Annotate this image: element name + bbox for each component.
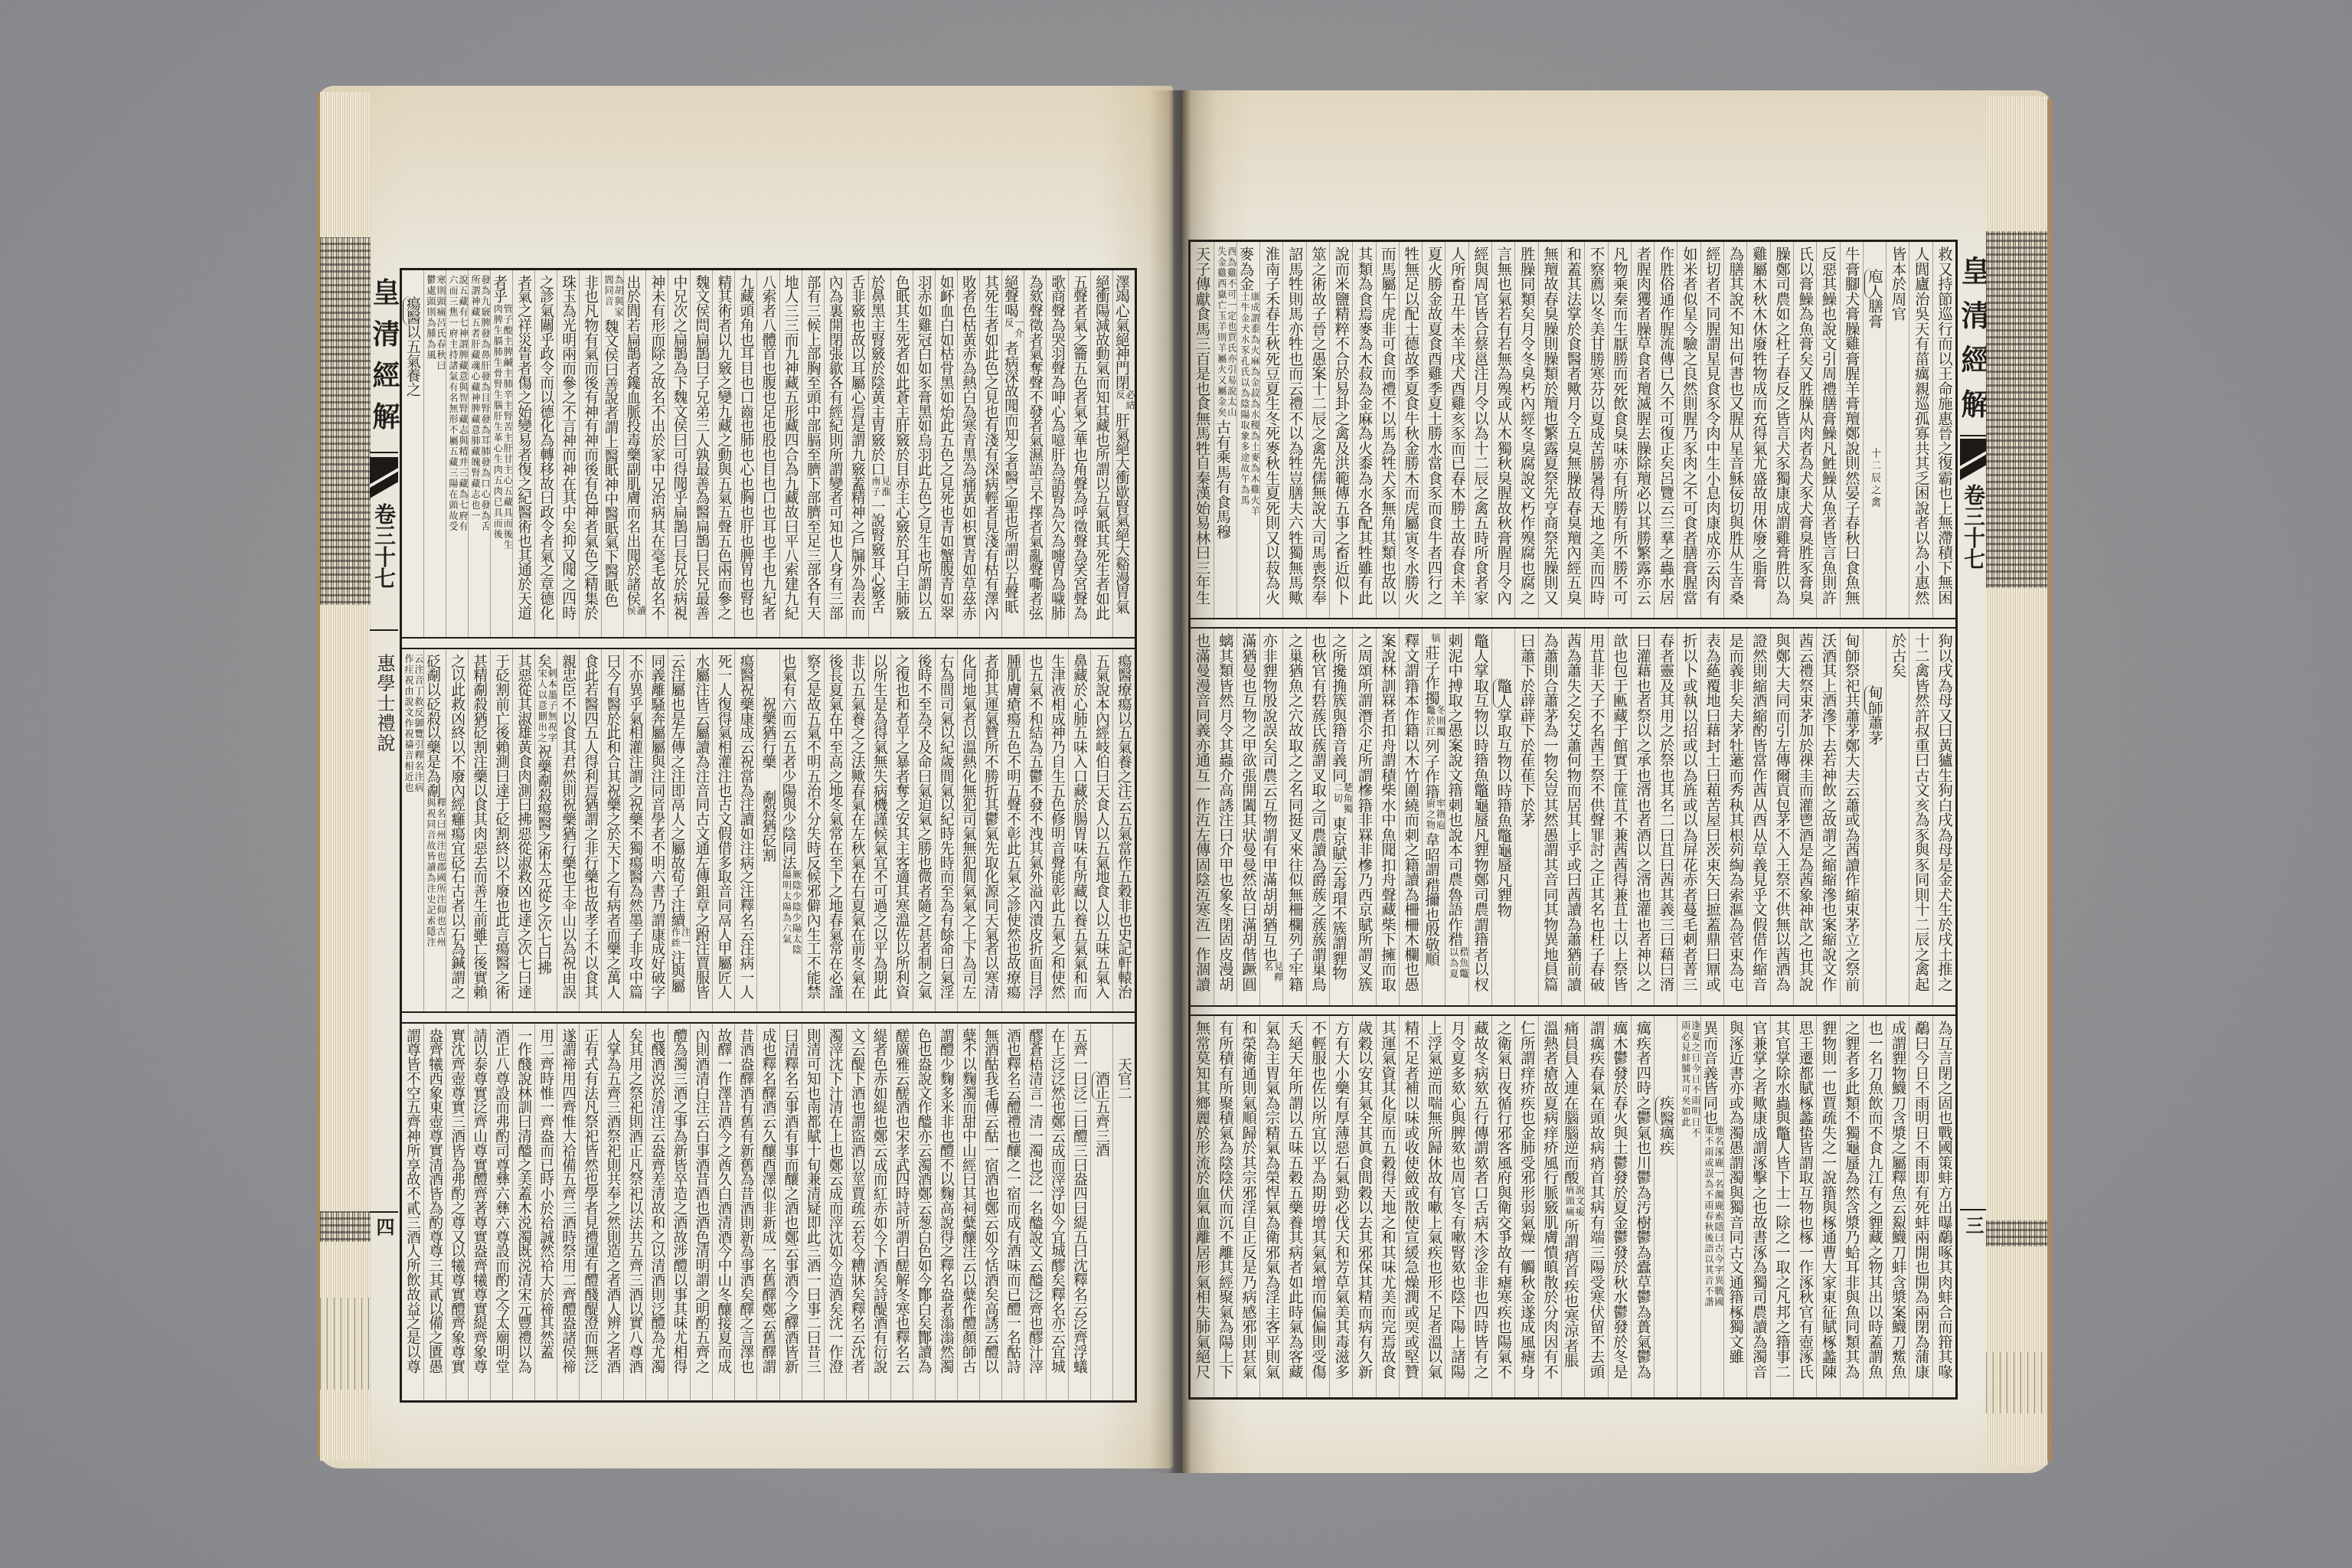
text-column: 同義離騷奔屬屬與注同音學者不明六書乃謂康成好破字 [645, 649, 668, 1011]
interlinear-note: 康成謂黍為火麻為金菽為水稷為土麥為木雞火羊土牛金犬水豕孔氏以為陰陽取象多途故午為… [1240, 292, 1259, 518]
text-column: 雞屬木秋木休廢牲物成而充得氣尤盛故用休廢之脂膏 [1746, 242, 1769, 618]
text-column: 魏文侯問扁鵲曰子兄弟三人孰最善為醫扁鵲曰長兄最善 [690, 270, 712, 637]
column-text: 牛膏腳犬膏臊雞膏腥羊膏羶鄭說則然晏子春秋曰食魚無 [1843, 247, 1860, 605]
text-column: 矣剌本墨子無祝字宋人以意刪出之祝藥劀殺瘍醫之術太元從之次七曰拂 [534, 649, 557, 1011]
text-column: 表為蕝覆地曰藉封土曰蒩苦屋曰茨束矢曰摭蓋鼎曰鼏或 [1700, 629, 1723, 1005]
text-column: 右為間司氣以紀歲間氣以紀時先時而至為有餘命曰氣淫 [935, 649, 957, 1011]
text-column: 而馬屬午虎非可食而禮不以馬為牲犬豕無角其類也故以 [1376, 242, 1399, 618]
text-column: 砭劀以砭殺以藥是為劀釋名曰州注也郡國所注仰也古州與祝同音故皆讀為注史記索隱注 [423, 649, 446, 1011]
column-text: 人所畜丑牛未羊戌犬酉雞亥豕而已春木勝土故春食未羊 [1449, 247, 1466, 605]
text-column: 如衃血白如枯骨黑如炲此五色之見死也青如蟹腹青如翠 [935, 270, 957, 637]
text-column: 用二齊時惟一齊盎而已時小於祫誠然祫大於禘其然蓋 [534, 1024, 557, 1400]
bracketed-office-title: 鼈人 [1493, 678, 1512, 708]
bracketed-office-title: 瘍醫 [403, 296, 420, 325]
text-column: 夭絕天年所謂以五味五穀五藥養其病者如此時氣為客藏 [1282, 1016, 1305, 1397]
column-text: 澤竭心氣絕神門閉 [1113, 275, 1129, 390]
text-column: 澤竭心氣絕神門閉必結反肝氣絕大衝歇腎氣絕大谿漫胃氣 [1112, 270, 1135, 637]
column-text: 救又持節巡行而以王命施惠晉之復霸也上無滯積下無困 [1935, 247, 1953, 605]
text-column: 醪蒼梧清言一清一濁也泛一名醠說文云醠泛齊也醪汁滓 [1024, 1024, 1046, 1400]
column-text: 實沈齊壺尊實三酒皆為弗酌之尊又以犧尊實醴齊象尊實 [449, 1028, 465, 1374]
column-text: 月令夏多欬心與脾欬也周官冬有嗽腎欬也陰下陽上諸陽 [1449, 1021, 1466, 1379]
column-text: 螭其類皆然月令其蟲介高誘注曰介甲也象冬閉固皮漫胡 [1217, 633, 1234, 991]
column-text: 膳膏 [1866, 299, 1883, 328]
column-text: 表為蕝覆地曰藉封土曰蒩苦屋曰茨束矢曰摭蓋鼎曰鼏或 [1704, 633, 1721, 991]
text-column: 上浮氣逆而喘無所歸休故有嗽上氣疾也形不足者溫以氣 [1422, 1016, 1445, 1397]
column-text: 為互言閉之固也戰國策蚌方出曝鷸啄其肉蚌合而箝其喙 [1935, 1021, 1953, 1379]
column-text: 成謂貍物鱴刀含漿之屬釋魚云鮤鱴刀蚌含漿案鱴刀鮆魚 [1889, 1021, 1906, 1379]
column-text: 者抑其運氣贊所不勝折其鬱氣先取化源同天氣者以寒清 [982, 654, 998, 999]
column-text: 貍物則一也賈疏失之一說簎與椓通曹大家東征賦椓蠡陳 [1820, 1021, 1837, 1379]
column-text: 詔馬牲則馬亦牲也而云禮不以為牲豈膳夫六牲獨無馬歟 [1286, 247, 1304, 605]
text-column: 之復也和者平之暴者奪之安其主客適其寒溫佐以所利資 [890, 649, 913, 1011]
column-text: 作胜俗通作腥流傳已久不可復正矣呂覽云三羣之蟲水居 [1657, 247, 1674, 605]
text-column: 濁滓沈下汁清在上也鄭云成而滓沈如今造酒矣沈一作澄 [824, 1024, 846, 1400]
text-column: 無酒酤我毛傳云酤一宿酒也鄭云如今恬酒矣高誘云醴以 [979, 1024, 1001, 1400]
register-middle: 狗以戌為母又曰黃獹生狗白戌為母是金犬生於戌土推之十二禽皆然許叔重曰古文亥為豕與豕… [1191, 629, 1955, 1005]
column-text: 痛員員入連在腦腦逆而酸 [1562, 1021, 1579, 1185]
text-column: 鼻藏於心肺五味入口藏於腸胃味有所藏以養五氣氣和而 [1068, 649, 1090, 1011]
text-column: 神未有形而除之故名不出於家中兄治病其在毫毛故名不 [645, 270, 668, 637]
text-column: 謂醴少麴多米非也醴不以麴高說得之釋名盎者滃滃然濁 [935, 1024, 957, 1400]
column-text: 精其術者以九竅之變九藏之動與五氣五聲五色兩而參之 [715, 275, 731, 620]
column-text: 之衛氣日夜循行邪客風府與衛交爭故有瘧寒疾也陽氣不 [1494, 1021, 1512, 1379]
text-column: 死一人復得氣相灌注也古文假借多取音同鬲人甲屬匠人 [712, 649, 734, 1011]
column-text: 淮南子禾春生秋死豆夏生冬死麥秋生夏死則又以菽為火 [1263, 247, 1280, 605]
bracketed-office-title: 庖人 [1864, 269, 1883, 299]
column-text: 和榮衛通則氣順歸於其宗邪淫自正反是乃病感邪則甚氣 [1240, 1021, 1257, 1379]
interlinear-note: 矠魚鼈以為夏 [1449, 947, 1468, 981]
text-column: 歆也包于匭藏于館實于篚苴不兼莤莤得兼苴士以上祭皆 [1608, 629, 1631, 1005]
interlinear-note: 釋名曰州注也郡國所注仰也古州與祝同音故皆讀為注史記索隱注 [426, 798, 446, 949]
column-text: 之診氣關乎政令而以德化為轉移故曰政令者氣之章德化 [537, 275, 554, 620]
juan-number: 卷三十七 [370, 503, 398, 589]
text-column: 如米者似星今驗之良然則腥乃豕肉之不可食者膳膏腥當 [1677, 242, 1700, 618]
text-column: 胜臊同類矣月令冬臭朽內經冬臭腐說文朽作殠腐也腐之 [1514, 242, 1537, 618]
column-text: 莤云禮祭束茅加於祼圭而灌鬯酒是為莤象神歆之也其說 [1796, 633, 1814, 991]
text-column: 也一名刀魚飲而不食九江有之貍藏之物其出以時蓋謂魚 [1863, 1016, 1886, 1397]
text-column: 與涿近書亦或為濁愚謂濁與獨音同古文通簎椓獨文雖 [1723, 1016, 1746, 1397]
column-text: 祝藥猶行藥 [760, 697, 776, 769]
register-divider [1191, 618, 1955, 629]
column-text: 其運氣資其化原而五穀得天地之和其味尤美而完焉故食 [1379, 1021, 1396, 1379]
column-text: 色也盎說文作醠亦云濁酒鄭云葱白色如今酇白矣酇讀為 [916, 1028, 932, 1374]
text-column: 緹者色赤如緹也鄭云成而紅赤如今下酒矣詩醍酒有衍說 [868, 1024, 890, 1400]
text-column: 鼈人掌取互物以時簎魚鼈龜蜃凡貍物鄭司農謂簎者以杈 [1468, 629, 1491, 1005]
text-column: 之以此救凶終以不廢內經癰瘍宜砭石古者以石為鍼謂之 [446, 649, 468, 1011]
column-text: 夏火勝金故夏食酉雞季夏土勝水當食豕而食牛者四行之 [1425, 247, 1442, 605]
rule-line [370, 629, 398, 631]
column-text: 其死生者如此色之見也有淺有深病輕者見淺有枯有澤內 [982, 275, 998, 620]
column-text: 莤為蕭失之矣艾蕭何物而居其上乎或曰莤讀為蕭猶前讀 [1564, 633, 1582, 991]
text-column: 者抑其運氣贊所不勝折其鬱氣先取化源同天氣者以寒清 [979, 649, 1001, 1011]
bracketed-office-title: 疾醫 [1655, 1096, 1674, 1125]
text-column: 其類為食焉麥為木菽為金麻為火黍為水各配其牲雖有此 [1352, 242, 1375, 618]
column-text: 察之是故五氣不明五治不分失時反候邪僻內生工不能禁 [805, 654, 821, 999]
column-text: 列子作簎 [1423, 739, 1440, 799]
column-text: 也秋官有硩蔟氏蔟謂叉取之司農讀為爵蔟之蔟蔟謂巢鳥 [1309, 633, 1327, 991]
text-column: 癘木鬱發於春火與土鬱發於夏金鬱發於秋水鬱發於冬是 [1608, 1016, 1631, 1397]
text-column: 內為裏開閉張歙各有經紀則所謂變者可知也人身有三部 [824, 270, 846, 637]
column-text: 用二齊時惟一齊盎而已時小於祫誠然祫大於禘其然蓋 [537, 1028, 554, 1359]
text-column: 者乎管子酸主脾鹹主肺辛主腎苦主肝甘主心五藏具而後生肉脾生膈肺生骨腎生腦肝生革心生… [490, 270, 512, 637]
column-text: 醪蒼梧清言一清一濁也泛一名醠說文云醠泛齊也醪汁滓 [1027, 1028, 1043, 1374]
section-heading-column: 瘍醫以五氣養之 [402, 270, 423, 637]
text-column: 瘍醫療瘍以五氣養之注云五氣當作五穀非也史記軒轅治 [1112, 649, 1135, 1011]
column-text: 方有大小藥有厚薄惡石氣勁必伐天和芳草氣美其毒滋多 [1332, 1021, 1350, 1379]
column-text: 絕衝陽減故動氣而知其藏也所謂以五氣眂其死生者如此 [1093, 275, 1109, 620]
column-text: 以五氣養之 [404, 325, 420, 397]
text-column: 為胡與家閭同音魏文侯曰善說者謂上醫眂神中醫眂氣下醫眂色 [601, 270, 623, 637]
edge-ink-marks [1986, 231, 2047, 588]
column-text: 敗者色枯黃赤為熱白為寒青黑為痛黃如枳實青如草茲赤 [960, 275, 976, 620]
column-text: 在上泛泛然也鄭云成而滓浮如今宜城醪矣釋名亦云宜城 [1049, 1028, 1065, 1374]
text-column: 謂尊皆不空五齊神所享故不貳三酒人所飲故益之是以尊 [402, 1024, 423, 1400]
text-column: 思王遷都賦椓蠡蛰皆謂取互物也椓一作涿秋官有壺涿氏 [1793, 1016, 1816, 1397]
spacer [1874, 328, 1875, 448]
column-text: 上浮氣逆而喘無所歸休故有嗽上氣疾也形不足者溫以氣 [1425, 1021, 1442, 1379]
column-text: 正有式有法凡祭祀皆然也學者見禮運有醴醆醍澄而無泛 [582, 1028, 598, 1374]
column-text: 亦非貍物殷說誤矣司農云互物謂有甲滿胡胡猶互也 [1260, 633, 1278, 962]
column-text: 於鼻黑主腎竅於陰黃主胃竅於口 [869, 275, 885, 476]
book-title: 皇清經解 [370, 278, 398, 443]
column-text: 皆本於周官 [1889, 247, 1906, 322]
column-text: 反惡其鱢也說文引周禮膳膏鱢凡鮏鱢从魚者皆言魚則許 [1820, 247, 1837, 605]
column-text: 也一名刀魚飲而不食九江有之貍藏之物其出以時蓋謂魚 [1866, 1021, 1883, 1379]
column-text: 如衃血白如枯骨黑如炲此五色之見死也青如蟹腹青如翠 [938, 275, 954, 620]
text-column: 一作醆說林訓曰清醠之美蓋木涚濁既涚清宋元豐禮以為 [512, 1024, 534, 1400]
page-number: 三 [1960, 1216, 1988, 1234]
text-column: 出於閭若扁鵲者鑱血脈投毒藥副肌膚而名出聞於諸侯讀侯 [623, 270, 645, 637]
right-margin-title-column: 皇清經解 卷三十七 三 [1960, 90, 1988, 1473]
text-column: 仁所謂痒疥疾也金肺受邪形弱氣燥一觸秋金遂成風瘧身 [1514, 1016, 1537, 1397]
column-text: 矣 [535, 654, 551, 668]
section-heading-column: 天官二 [1112, 1024, 1135, 1400]
text-column: 皆本於周官 [1886, 242, 1909, 618]
register-divider [402, 1011, 1135, 1024]
text-column: 為互言閉之固也戰國策蚌方出曝鷸啄其肉蚌合而箝其喙 [1932, 1016, 1955, 1397]
text-column: 曰今有醫於此和合其祝藥之於天下之有病者而藥之萬人 [601, 649, 623, 1011]
column-text: 鼈人掌取互物以時簎魚鼈龜蜃凡貍物鄭司農謂簎者以杈 [1472, 633, 1489, 991]
text-column: 非也凡物有氣而後有神有神而後有色神者氣色之精集於 [579, 270, 601, 637]
column-text: 精不足者補以味或收使斂或散使宣緩急燥潤或耎或堅贊 [1402, 1021, 1419, 1379]
edge-ink-marks [320, 237, 371, 605]
text-column: 腫肌膚瘡瘍五色不明五聲不彰此五氣之診使然也故療瘍 [1001, 649, 1024, 1011]
section-heading-column: 疾醫癘疾 [1654, 1016, 1677, 1397]
column-text: 與鄭大夫同而引左傳爾貢包茅不入王祭不供無以莤酒為 [1773, 633, 1791, 991]
column-text: 請以泰尊實泛齊山尊實醴齊著尊實盎齊犧尊實緹齊象尊 [471, 1028, 487, 1374]
column-text: 出於閭若扁鵲者鑱血脈投毒藥副肌膚而名出聞於諸侯 [624, 275, 640, 606]
text-column: 敗者色枯黃赤為熱白為寒青黑為痛黃如枳實青如草茲赤 [957, 270, 979, 637]
text-column: 云注屬也是左傳之注即鬲人之屬故荀子注續注一作絰注與屬 [668, 649, 690, 1011]
text-column: 鷸曰今日不雨明日不雨即有死蚌兩開也開為兩閉為蒲康 [1909, 1016, 1932, 1397]
text-column: 成也釋名醳酒云久釀酉澤似非新成一名舊醳鄭云舊醳謂 [756, 1024, 779, 1400]
text-column: 之衛氣日夜循行邪客風府與衛交爭故有瘧寒疾也陽氣不 [1491, 1016, 1514, 1397]
bracketed-office-title: 甸師 [1864, 685, 1883, 715]
column-text: 化同地氣者以溫熱化無犯司氣無犯間氣氣之上下為司左 [960, 654, 976, 999]
column-text: 非也凡物有氣而後有神有神而後有色神者氣色之精集於 [582, 275, 598, 620]
interlinear-note: 說五藏有七神謂脾藏意與智腎藏志與精并三藏為七府有六而三焦一府主持諸氣有名無形不屬… [448, 275, 468, 534]
column-text: 于砭割前亡後賴測曰達于砭割終以不廢也此言瘍醫之術 [493, 654, 509, 999]
column-text: 人掌為五齊三酒祭祀則共奉之然則造之者酒人辨之者酒 [604, 1028, 620, 1374]
text-column: 矣其用之祭祀則酒正凡祭祀以法共五齊三酒以實八尊酒 [623, 1024, 645, 1400]
column-text: 五聲者氣之籥五色者氣之華也角聲為呼徵聲為笑宮聲為 [1071, 275, 1087, 620]
column-text: 生津液相成神乃自生五色修明音聲能彰此五氣之和使然 [1049, 654, 1065, 999]
text-column: 九藏頭角也耳目也口齒也肺也心也胸也肝也脾胃也腎也 [734, 270, 756, 637]
column-text: 夭絕天年所謂以五味五穀五藥養其病者如此時氣為客藏 [1286, 1021, 1304, 1379]
column-text: 內為裏開閉張歙各有經紀則所謂變者可知也人身有三部 [827, 275, 843, 620]
text-column: 之周頌所謂潛尒疋所謂槮簎非罧非槮乃西京賦所謂叉簇 [1352, 629, 1375, 1005]
spacer [767, 769, 768, 790]
text-column: 溫熱者瘡故夏病痒疥風行脈竅肌膚憒瞋散於分肉因有不 [1538, 1016, 1561, 1397]
section-heading-column: 酒正五齊三酒 [1090, 1024, 1112, 1400]
text-column: 絕衝陽減故動氣而知其藏也所謂以五氣眂其死生者如此 [1090, 270, 1112, 637]
text-column: 實沈齊壺尊實三酒皆為弗酌之尊又以犧尊實醴齊象尊實 [446, 1024, 468, 1400]
column-text: 經與周官皆合蔡邕注月令以為十二辰之禽五時所食者家 [1472, 247, 1489, 605]
text-column: 氏以膏鱢為魚膏矣又胜臊从肉者為犬豕犬膏臭胜豕膏臭 [1793, 242, 1816, 618]
column-text: 不亦異乎氣相灌注謂之祝藥不獨瘍醫為然墨子非攻中篇 [626, 654, 642, 999]
column-text: 經切者不同腥謂星見食豕令肉中生小息肉康成亦云肉有 [1704, 247, 1721, 605]
column-text: 溫熱者瘡故夏病痒疥風行脈竅肌膚憒瞋散於分肉因有不 [1541, 1021, 1559, 1379]
column-text: 官兼掌之者歟康成謂涿擊之也故書涿為獨司農讀為濁音 [1750, 1021, 1768, 1379]
text-column: 說而米鹽精粹不合於易卦之禽及洪範傳五事之畜近似卜 [1329, 242, 1352, 618]
column-text: 人閭廬治吳天有菑癘親巡孤寡共其乏困說者以為小惠然 [1913, 247, 1930, 605]
column-text: 曰灌藉也者祭以之承也湑也者酒以之湑也灌也者神以之 [1634, 633, 1651, 991]
text-column: 八索者八體首也腹也足也股也目也口也耳也手也九紀者 [756, 270, 779, 637]
column-text: 釋文謂簎本作籍以木竹圍繞而刺之籍讀為柵柵木欄也愚 [1402, 633, 1419, 991]
text-column: 說五藏有七神謂脾藏意與智腎藏志與精并三藏為七府有六而三焦一府主持諸氣有名無形不屬… [446, 270, 468, 637]
text-column: 釋文謂簎本作籍以木竹圍繞而刺之籍讀為柵柵木欄也愚 [1399, 629, 1422, 1005]
text-column: 月令夏多欬心與脾欬也周官冬有嗽腎欬也陰下陽上諸陽 [1445, 1016, 1468, 1397]
text-column: 氣為主胃氣為宗精氣為榮悍氣為衛邪氣為淫主客平則氣 [1259, 1016, 1282, 1397]
column-text: 水屬注皆云屬讀為注音同古文通左傳鉏章之跗注賈服皆 [693, 654, 709, 999]
text-column: 筮之術故子晉之愚案十二辰之禽先儒無說大司馬喪祭奉 [1306, 242, 1329, 618]
juan-number: 卷三十七 [1960, 484, 1988, 570]
left-page: 皇清經解 卷三十七 惠學士禮說 四 澤竭心氣絕神門閉必結反肝氣絕大衝歇腎氣絕大谿… [317, 86, 1173, 1468]
column-text: 而馬屬午虎非可食而禮不以馬為牲犬豕無角其類也故以 [1379, 247, 1396, 605]
column-text: 濁滓沈下汁清在上也鄭云成而滓沈如今造酒矣沈一作澄 [827, 1028, 843, 1374]
text-column: 正有式有法凡祭祀皆然也學者見禮運有醴醆醍澄而無泛 [579, 1024, 601, 1400]
column-text: 食此若醫四五人得利焉猶謂之非行藥也故孝子不以食其 [582, 654, 598, 999]
register-top: 澤竭心氣絕神門閉必結反肝氣絕大衝歇腎氣絕大谿漫胃氣絕衝陽減故動氣而知其藏也所謂以… [402, 270, 1135, 637]
edge-ink-marks [320, 1211, 371, 1242]
column-text: 盎齊犧西象東壺尊實清酒皆為酌尊尊三其貳以備之匱愚 [426, 1028, 443, 1374]
column-text: 鼻藏於心肺五味入口藏於腸胃味有所藏以養五氣氣和而 [1071, 654, 1087, 999]
text-column: 藏故冬病欬五行傳謂欬者口舌病木沴金非也四時皆有之 [1468, 1016, 1491, 1397]
text-column: 五聲者氣之籥五色者氣之華也角聲為呼徵聲為笑宮聲為 [1068, 270, 1090, 637]
column-text: 是而義非矣夫茅牡藗而秀秇其根茢綯為索漚為菅束為屯 [1726, 633, 1744, 991]
text-column: 醴為濁三酒之事為新皆卒造之酒故涉醴以事其味尤相得 [668, 1024, 690, 1400]
column-text: 韋昭謂矠㩶也殷敬順 [1423, 832, 1440, 967]
column-text: 之以此救凶終以不廢內經癰瘍宜砭石古者以石為鍼謂之 [449, 654, 465, 999]
column-text: 與涿近書亦或為濁愚謂濁與獨音同古文通簎椓獨文雖 [1726, 1021, 1744, 1364]
text-column: 生津液相成神乃自生五色修明音聲能彰此五氣之和使然 [1046, 649, 1068, 1011]
column-text: 酒也釋名云醴禮也釀之一宿而成有酒味而已醴一名酤詩 [1004, 1028, 1021, 1374]
column-text: 醝廣雅云醝酒也宋孝武四時詩所謂白醝解冬寒也釋名云 [893, 1028, 910, 1374]
column-text: 仁所謂痒疥疾也金肺受邪形弱氣燥一觸秋金遂成風瘧身 [1518, 1021, 1536, 1379]
column-text: 為蕭則合蕭茅為一物矣豈其然愚謂其音同其物異地員篇 [1541, 633, 1559, 991]
text-column: 親忠臣不以食其君然則祝藥猶行藥也王伞山以為祝由誤 [557, 649, 579, 1011]
interlinear-note: 發為九竅脾發為鼻肝發為目腎發為耳肺發為口心發為舌所謂神藏五者肝藏魂心藏神脾藏意肺… [470, 275, 490, 534]
text-column: 用苴非天子不名莤王祭不供聲罪討之正其名也杜子春破 [1584, 629, 1607, 1005]
text-column: 成謂貍物鱴刀含漿之屬釋魚云鮤鱴刀蚌含漿案鱴刀鮆魚 [1886, 1016, 1909, 1397]
column-text: 胜臊同類矣月令冬臭朽內經冬臭腐說文朽作殠腐也腐之 [1518, 247, 1536, 605]
text-column: 亦非貍物殷說誤矣司農云互物謂有甲滿胡胡猶互也見釋名 [1259, 629, 1282, 1005]
column-text: 以所生是為得氣無失病機謹候氣宜不可過之以平為期此 [871, 654, 887, 999]
text-column: 異而音義皆同也地名涿鹿一名濁鹿索隱曰古今字異戰國策不雨或誤為不雨春秋後語以其音不… [1700, 1016, 1723, 1397]
text-column: 官兼掌之者歟康成謂涿擊之也故書涿為獨司農讀為濁音 [1746, 1016, 1769, 1397]
column-text: 歌商聲為哭羽聲為呻心為噫肝為語腎為欠為嚏胃為噦肺 [1049, 275, 1065, 620]
column-text: 八索者八體首也腹也足也股也目也口也耳也手也九紀者 [760, 275, 776, 620]
interlinear-note: 逢夏之日今日不雨明日不雨必見蚌脯其可矣如此 [1681, 1021, 1700, 1140]
text-column: 不亦異乎氣相灌注謂之祝藥不獨瘍醫為然墨子非攻中篇 [623, 649, 645, 1011]
text-column: 絕聲喝一介反者病深故聞而知之者醫之聖也所謂以五聲眂 [1001, 270, 1024, 637]
text-column: 五齊一曰泛二曰醴三曰盎四曰緹五曰沈釋名云泛齊浮蟻 [1068, 1024, 1090, 1400]
interlinear-note: 牢簎庖廚之物 [1425, 799, 1445, 832]
text-column: 證然則縮酒縮酌皆當作莤从酉从草義見乎文假借作縮音 [1746, 629, 1769, 1005]
column-text: 五氣說本內經岐伯曰天食人以五氣地食人以五味五氣入 [1093, 654, 1109, 999]
text-column: 歲穀以安其氣全其眞食間穀以去其邪保其精而病有久新 [1352, 1016, 1375, 1397]
column-text: 者氣之祥災眚者傷之始變易者復之紀醫術也其通於天道 [515, 275, 531, 620]
rule-line [370, 1211, 398, 1213]
text-column: 其惡從其淑雄黃食肉測曰拂惡從淑救凶也達之次七曰達 [512, 649, 534, 1011]
column-text: 故醳一作澤昔酒今之酋久白酒清酒今中山冬釀接夏而成 [715, 1028, 731, 1374]
column-text: 砭劀以砭殺以藥是為劀 [424, 654, 440, 798]
column-text: 其官掌除水蟲與鼈人皆下士一除之一取之凡邦之簎事二 [1773, 1021, 1791, 1379]
section-heading-column: 祝藥猶行藥劀殺猶砭割 [756, 649, 779, 1011]
text-column: 折以卜或執以招或以為旌或以為屏花赤者蔓毛刺者菁三 [1677, 629, 1700, 1005]
column-text: 甚精劀殺猶砭割注藥以食其肉惡去而善生前雖亡後實賴 [471, 654, 487, 999]
interlinear-note: 酉為雞不可一定也賈氏亦引易說太山失金雞西嶽亡玉羊則羊屬火又屬金矣 [1217, 247, 1236, 420]
column-text: 之巢猶魚之穴故取之之名同挺叉來往似無柵欄列子牢籍 [1286, 633, 1304, 991]
column-text: 癘疾 [1657, 1125, 1674, 1155]
text-column: 為欬聲徵者氣奪聲不發者氣濕語言不擇者氣亂聲嘶者弦 [1024, 270, 1046, 637]
text-column: 酒也釋名云醴禮也釀之一宿而成有酒味而已醴一名酤詩 [1001, 1024, 1024, 1400]
column-text: 用苴非天子不名莤王祭不供聲罪討之正其名也杜子春破 [1588, 633, 1606, 991]
text-column: 十二禽皆然許叔重曰古文亥為豕與豕同則十二辰之禽起 [1909, 629, 1932, 1005]
column-text: 神未有形而除之故名不出於家中兄治病其在毫毛故名不 [648, 275, 665, 620]
bracketed-office-title: 酒正 [1092, 1071, 1109, 1100]
page-edge-stack-right [1986, 96, 2047, 1465]
book-edge-right [2047, 98, 2052, 1462]
column-text: 注與屬 [668, 950, 684, 993]
column-text: 春者靈及其用之於祭也其名二曰苴曰莤其義三曰藉曰湑 [1657, 633, 1674, 991]
column-text: 之復也和者平之暴者奪之安其主客適其寒溫佐以所利資 [893, 654, 910, 999]
text-column: 也醆酒涚於清注云盎齊差清故和之以清酒則泛醴為尤濁 [645, 1024, 668, 1400]
column-text: 證然則縮酒縮酌皆當作莤从酉从草義見乎文假借作縮音 [1750, 633, 1768, 991]
column-text: 氏以膏鱢為魚膏矣又胜臊从肉者為犬豕犬膏臭胜豕膏臭 [1796, 247, 1814, 605]
text-column: 後時不至為不及命曰氣迫氣之勝也微者隨之甚者制之氣 [913, 649, 935, 1011]
text-column: 曰蕭下於薜薜下於萑萑下於茅 [1514, 629, 1537, 1005]
column-text: 絕聲喝 [1002, 275, 1018, 318]
text-column: 于砭割前亡後賴測曰達于砭割終以不廢也此言瘍醫之術 [490, 649, 512, 1011]
column-text: 色眂其生死者如此蒼主肝竅於目赤主心竅於耳白主肺竅 [893, 275, 910, 620]
interlinear-note: 犒 [1430, 633, 1440, 645]
column-text: 五齊三酒 [1093, 1100, 1109, 1158]
column-text: 案說林訓罧者扣舟謂積柴水中魚聞扣舟聲藏柴下擁而取 [1379, 633, 1396, 991]
column-text: 之所攙捔簇與簎音義同 [1330, 633, 1347, 782]
column-text: 也氣有六而云五者少陽與少陰同法 [780, 654, 796, 870]
column-text: 文云醍下酒也謂盜酒以莖賈疏云若今糟牀矣釋名云沈者 [849, 1028, 865, 1374]
text-column: 牛膏腳犬膏臊雞膏腥羊膏羶鄭說則然晏子春秋曰食魚無 [1840, 242, 1863, 618]
column-text: 也醆酒涚於清注云盎齊差清故和之以清酒則泛醴為尤濁 [648, 1028, 665, 1374]
column-text: 後長夏氣在中至高之地冬氣常在至下之地春氣常在必謹 [827, 654, 843, 999]
column-text: 成也釋名醳酒云久釀酉澤似非新成一名舊醳鄭云舊醳謂 [760, 1028, 776, 1374]
text-column: 經與周官皆合蔡邕注月令以為十二辰之禽五時所食者家 [1468, 242, 1491, 618]
work-title: 惠學士禮說 [370, 654, 398, 753]
text-column: 和蓋其法掌於食醫者歟月令五臭無臊故春臭羶內經五臭 [1561, 242, 1584, 618]
text-column: 者腥肉玃者臊草食者羶滅腥去臊除羶必以其勝繁露亦云 [1631, 242, 1654, 618]
page-number: 四 [370, 1217, 398, 1236]
rule-line [1960, 435, 1988, 436]
interlinear-note: 云注音丁救反御覽引釋名注病作疰祝由說文作祝禱音相近也 [403, 654, 423, 795]
text-column: 於古矣 [1886, 629, 1909, 1005]
column-text: 甸師祭祀共蕭茅鄭大夫云蕭或為莤讀作縮束茅立之祭前 [1843, 633, 1860, 991]
column-text: 其惡從其淑雄黃食肉測曰拂惡從淑救凶也達之次七曰達 [515, 654, 531, 999]
text-column: 文云醍下酒也謂盜酒以莖賈疏云若今糟牀矣釋名云沈者 [846, 1024, 868, 1400]
text-column: 中兄次之扁鵲為下魏文侯曰可得聞乎扁鵲曰長兄於病視 [668, 270, 690, 637]
section-heading-column: 甸師蕭茅 [1863, 629, 1886, 1005]
text-column: 精不足者補以味或收使斂或散使宣緩急燥潤或耎或堅贊 [1399, 1016, 1422, 1397]
text-column: 盎齊犧西象東壺尊實清酒皆為酌尊尊三其貳以備之匱愚 [423, 1024, 446, 1400]
interlinear-note: 必結反 [1115, 390, 1135, 413]
column-text: 歲穀以安其氣全其眞食間穀以去其邪保其精而病有久新 [1356, 1021, 1374, 1379]
edge-ink-lines [1986, 1352, 2047, 1413]
register-bottom: 天官二酒正五齊三酒五齊一曰泛二曰醴三曰盎四曰緹五曰沈釋名云泛齊浮蟻在上泛泛然也鄭… [402, 1024, 1135, 1400]
text-column: 其死生者如此色之見也有淺有深病輕者見淺有枯有澤內 [979, 270, 1001, 637]
interlinear-note: 楚角獨二切 [1332, 782, 1352, 816]
text-column: 之貍者多此類不獨龜蜃為然含漿乃蛤耳非與魚同類其為 [1840, 1016, 1863, 1397]
interlinear-note: 見淮南子 [871, 476, 890, 499]
column-text: 牲無足以配土德故季夏食牛秋金勝木而虎屬寅冬水勝火 [1402, 247, 1419, 605]
text-column: 也氣有六而云五者少陽與少陰同法厥陰少陰少陽太陰陽明太陽為六氣 [779, 649, 802, 1011]
column-text: 九藏頭角也耳目也口齒也肺也心也胸也肝也脾胃也腎也 [737, 275, 753, 620]
text-column: 精其術者以九竅之變九藏之動與五氣五聲五色兩而參之 [712, 270, 734, 637]
text-column: 曰灌藉也者祭以之承也湑也者酒以之湑也灌也者神以之 [1631, 629, 1654, 1005]
column-text: 者乎 [491, 275, 507, 304]
text-column: 珠玉為光明兩而參之不言神而神在其中矣抑又聞之四時 [557, 270, 579, 637]
column-text: 者病深故聞而知之者醫之聖也所謂以五聲眂 [1002, 341, 1018, 614]
text-column: 水屬注皆云屬讀為注音同古文通左傳鉏章之跗注賈服皆 [690, 649, 712, 1011]
interlinear-note: 厥陰少陰少陽太陰陽明太陽為六氣 [782, 870, 802, 957]
text-column: 人所畜丑牛未羊戌犬酉雞亥豕而已春木勝土故春食未羊 [1445, 242, 1468, 618]
column-text: 之周頌所謂潛尒疋所謂槮簎非罧非槮乃西京賦所謂叉簇 [1356, 633, 1374, 991]
column-text: 所謂痟首疾也寒涼者脹 [1562, 1219, 1579, 1368]
column-text: 癘疾者四時之鬱氣也川鬱為汚樹鬱為蠹草鬱為蕢氣鬱為 [1634, 1021, 1651, 1379]
column-text: 醴為濁三酒之事為新皆卒造之酒故涉醴以事其味尤相得 [671, 1028, 687, 1374]
interlinear-note: 注一作絰 [670, 927, 690, 950]
text-column: 舌非竅也故以耳屬心焉是謂九竅蓋精神之戶牖外為表而 [846, 270, 868, 637]
text-column: 為膳其說不知出何書也又腥从星音穌佞切與胜从生音桑 [1723, 242, 1746, 618]
fishtail-mark-icon [1960, 439, 1988, 482]
column-text: 一說腎竅耳心竅舌 [869, 499, 885, 614]
text-column: 犒莊子作擉冬則擉鼈於江列子作簎牢簎庖廚之物韋昭謂矠㩶也殷敬順 [1422, 629, 1445, 1005]
text-column: 色眂其生死者如此蒼主肝竅於目赤主心竅於耳白主肺竅 [890, 270, 913, 637]
text-column: 歌商聲為哭羽聲為呻心為噫肝為語腎為欠為嚏胃為噦肺 [1046, 270, 1068, 637]
text-column: 其運氣資其化原而五穀得天地之和其味尤美而完焉故食 [1376, 1016, 1399, 1397]
text-column: 者氣之祥災眚者傷之始變易者復之紀醫術也其通於天道 [512, 270, 534, 637]
column-text: 糵不以麴濁而甜中山經曰其祠糵釀注云以糵作醴顏師古 [960, 1028, 976, 1374]
column-text: 則清可知也南都賦十旬兼清疑即此三酒一曰事二曰昔三 [805, 1028, 821, 1374]
column-text: 滿猶曼也互物之甲欲張開闔其狀曼曼然故曰滿胡偕蹶圓 [1240, 633, 1257, 991]
column-text: 五齊一曰泛二曰醴三曰盎四曰緹五曰沈釋名云泛齊浮蟻 [1071, 1028, 1087, 1374]
right-text-frame: 救又持節巡行而以王命施惠晉之復霸也上無滯積下無困人閭廬治吳天有菑癘親巡孤寡共其乏… [1188, 240, 1958, 1400]
text-column: 故醳一作澤昔酒今之酋久白酒清酒今中山冬釀接夏而成 [712, 1024, 734, 1400]
column-text: 也五氣不和結為五鬱不發不洩其氣外溢內潰皮折面目浮 [1027, 654, 1043, 999]
column-text: 刺泥中搏取之愚案說文簎刺也說本司農魯語作矠 [1445, 633, 1463, 947]
column-text: 遂謂禘用四齊惟大祫備五齊三酒時祭用二齊醴盎諸侯禘 [560, 1028, 576, 1374]
column-text: 無酒酤我毛傳云酤一宿酒也鄭云如今恬酒矣高誘云醴以 [982, 1028, 998, 1374]
text-column: 癘疾者四時之鬱氣也川鬱為汚樹鬱為蠹草鬱為蕢氣鬱為 [1631, 1016, 1654, 1397]
